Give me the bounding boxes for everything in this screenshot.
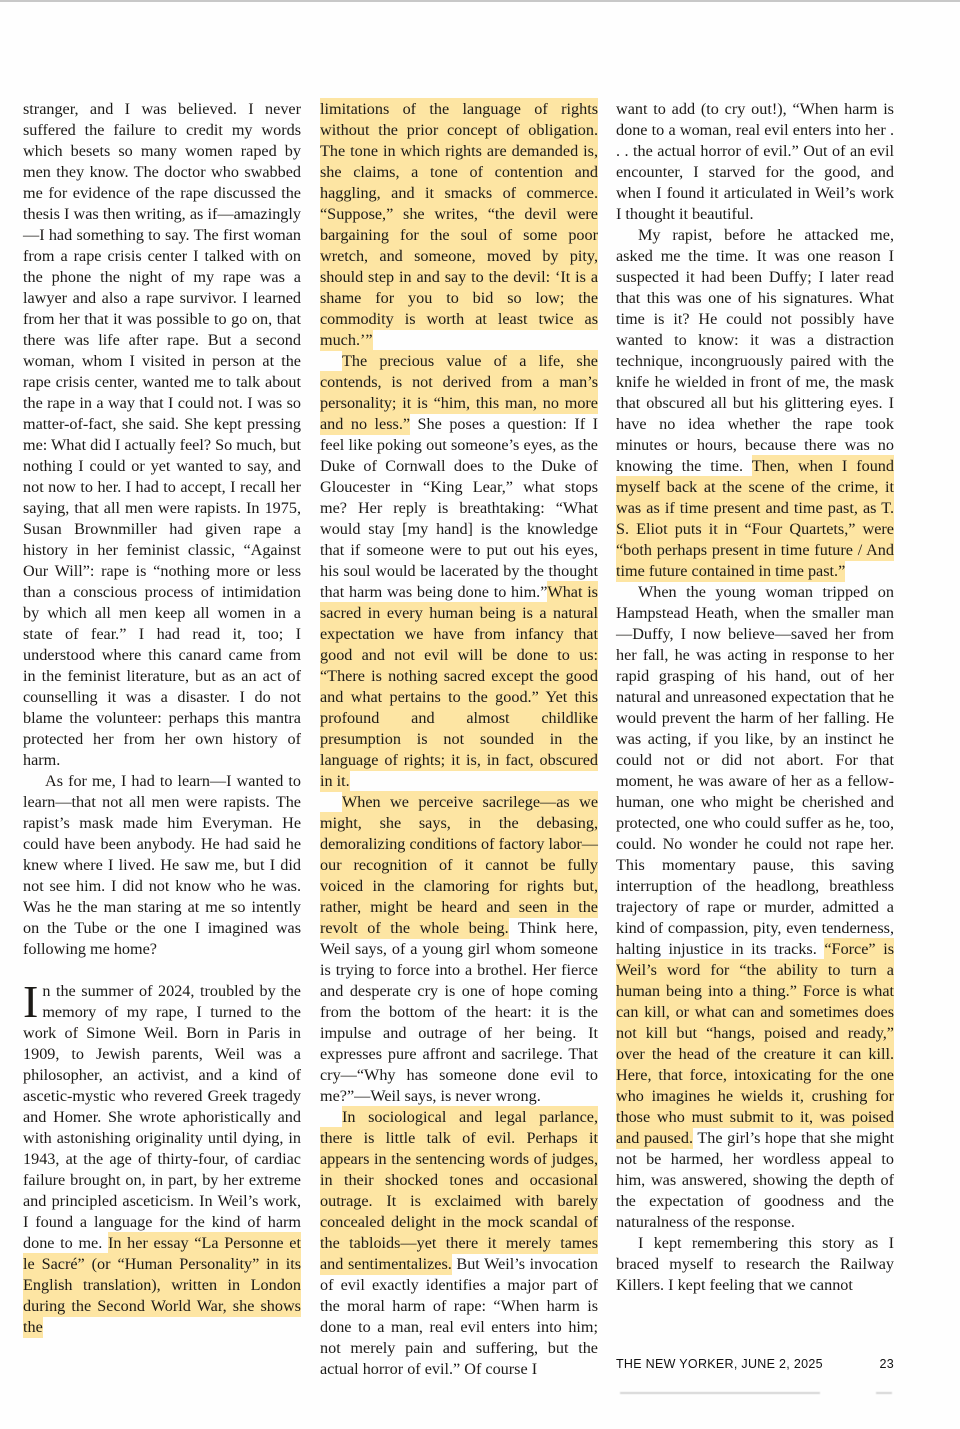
text-column-2: limitations of the language of rights wi… [320, 99, 598, 1380]
article-paragraph: want to add (to cry out!), “When harm is… [616, 99, 894, 225]
article-paragraph: In the summer of 2024, troubled by the m… [23, 981, 301, 1338]
blurred-footer-number [876, 1392, 892, 1394]
body-text: I kept remembering this story as I brace… [616, 1234, 894, 1294]
article-paragraph: stranger, and I was believed. I never su… [23, 99, 301, 771]
article-paragraph: My rapist, before he attacked me, asked … [616, 225, 894, 582]
article-paragraph: The precious value of a life, she conten… [320, 351, 598, 792]
publication-date-line: THE NEW YORKER, JUNE 2, 2025 [616, 1357, 823, 1371]
body-text: As for me, I had to learn—I wanted to le… [23, 772, 301, 958]
body-text: n the summer of 2024, troubled by the me… [23, 982, 301, 1252]
body-text: Think here, Weil says, of a young girl w… [320, 919, 598, 1105]
article-paragraph: In sociological and legal parlance, ther… [320, 1107, 598, 1380]
text-column-3: want to add (to cry out!), “When harm is… [616, 99, 894, 1296]
drop-cap: I [23, 984, 38, 1020]
body-text: stranger, and I was believed. I never su… [23, 100, 301, 769]
article-paragraph: As for me, I had to learn—I wanted to le… [23, 771, 301, 960]
body-text: My rapist, before he attacked me, asked … [616, 226, 894, 475]
highlighted-text[interactable]: In sociological and legal parlance, ther… [320, 1106, 598, 1275]
blurred-footer-text [620, 1392, 820, 1394]
body-text: She poses a question: If I feel like pok… [320, 415, 598, 601]
text-column-1: stranger, and I was believed. I never su… [23, 99, 301, 1338]
highlighted-text[interactable]: limitations of the language of rights wi… [320, 98, 598, 351]
body-text: want to add (to cry out!), “When harm is… [616, 100, 894, 223]
section-break [23, 960, 301, 981]
page-number: 23 [879, 1357, 894, 1371]
article-paragraph: When we perceive sacrilege—as we might, … [320, 792, 598, 1107]
page-footer: THE NEW YORKER, JUNE 2, 2025 23 [616, 1354, 894, 1374]
highlighted-text[interactable]: What is sacred in every human being is a… [320, 581, 598, 792]
article-paragraph: limitations of the language of rights wi… [320, 99, 598, 351]
article-paragraph: I kept remembering this story as I brace… [616, 1233, 894, 1296]
highlighted-text[interactable]: When we perceive sacrilege—as we might, … [320, 791, 598, 939]
top-border-rule [0, 0, 960, 2]
highlighted-text[interactable]: “Force” is Weil’s word for “the ability … [616, 938, 894, 1149]
body-text: When the young woman tripped on Hampstea… [616, 583, 894, 958]
article-paragraph: When the young woman tripped on Hampstea… [616, 582, 894, 1233]
